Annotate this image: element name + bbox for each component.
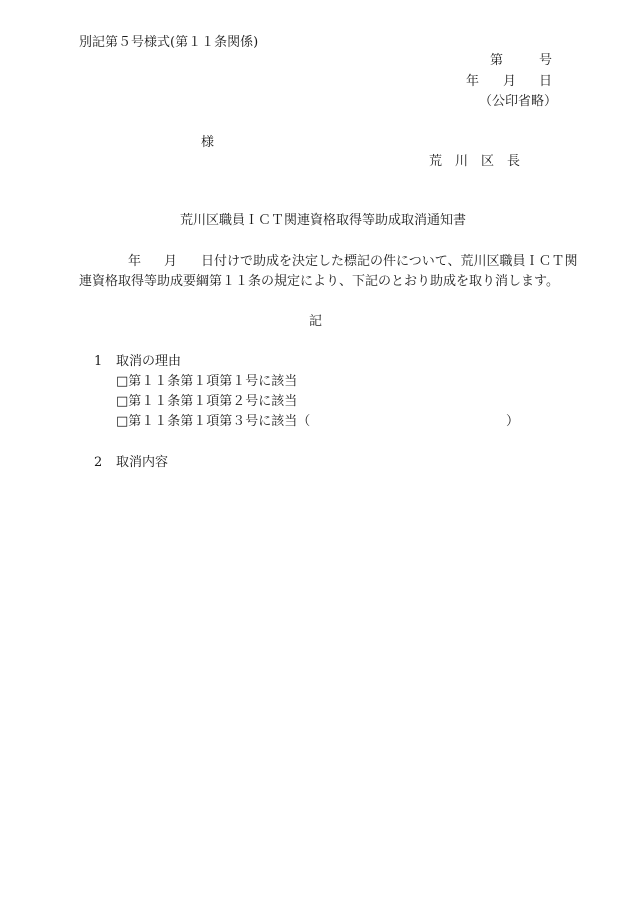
date-month: 月 [503, 74, 516, 90]
option-label: 第１１条第１項第２号に該当 [128, 394, 297, 409]
number-prefix: 第 [490, 53, 503, 69]
form-label: 別記第５号様式(第１１条関係) [79, 35, 258, 51]
option-row: □第１１条第１項第１号に該当 [116, 374, 297, 390]
section-heading: 取消の理由 [116, 354, 181, 370]
recipient-suffix: 様 [201, 135, 214, 151]
option-label: 第１１条第１項第３号に該当（ [128, 414, 310, 429]
body-line2: 連資格取得等助成要綱第１１条の規定により、下記のとおり助成を取り消します。 [79, 274, 559, 290]
checkbox[interactable]: □ [116, 414, 128, 429]
option-row: □第１１条第１項第３号に該当（ [116, 414, 310, 430]
date-day: 日 [539, 74, 552, 90]
date-year: 年 [466, 74, 479, 90]
body-month: 月 [164, 254, 177, 270]
body-line1: 日付けで助成を決定した標記の件について、荒川区職員ＩＣＴ関 [201, 254, 577, 270]
option-row: □第１１条第１項第２号に該当 [116, 394, 297, 410]
issuer-name: 荒 川 区 長 [429, 154, 520, 170]
document-title: 荒川区職員ＩＣＴ関連資格取得等助成取消通知書 [180, 213, 466, 229]
checkbox[interactable]: □ [116, 374, 128, 389]
section-number: 2 [94, 455, 102, 471]
body-year: 年 [128, 254, 141, 270]
number-suffix: 号 [539, 53, 552, 69]
section-heading: 取消内容 [116, 455, 168, 471]
section-number: 1 [94, 354, 102, 370]
seal-omitted-note: （公印省略） [479, 94, 557, 110]
checkbox[interactable]: □ [116, 394, 128, 409]
option-close-paren: ） [506, 414, 519, 430]
ki-heading: 記 [309, 314, 322, 330]
option-label: 第１１条第１項第１号に該当 [128, 374, 297, 389]
